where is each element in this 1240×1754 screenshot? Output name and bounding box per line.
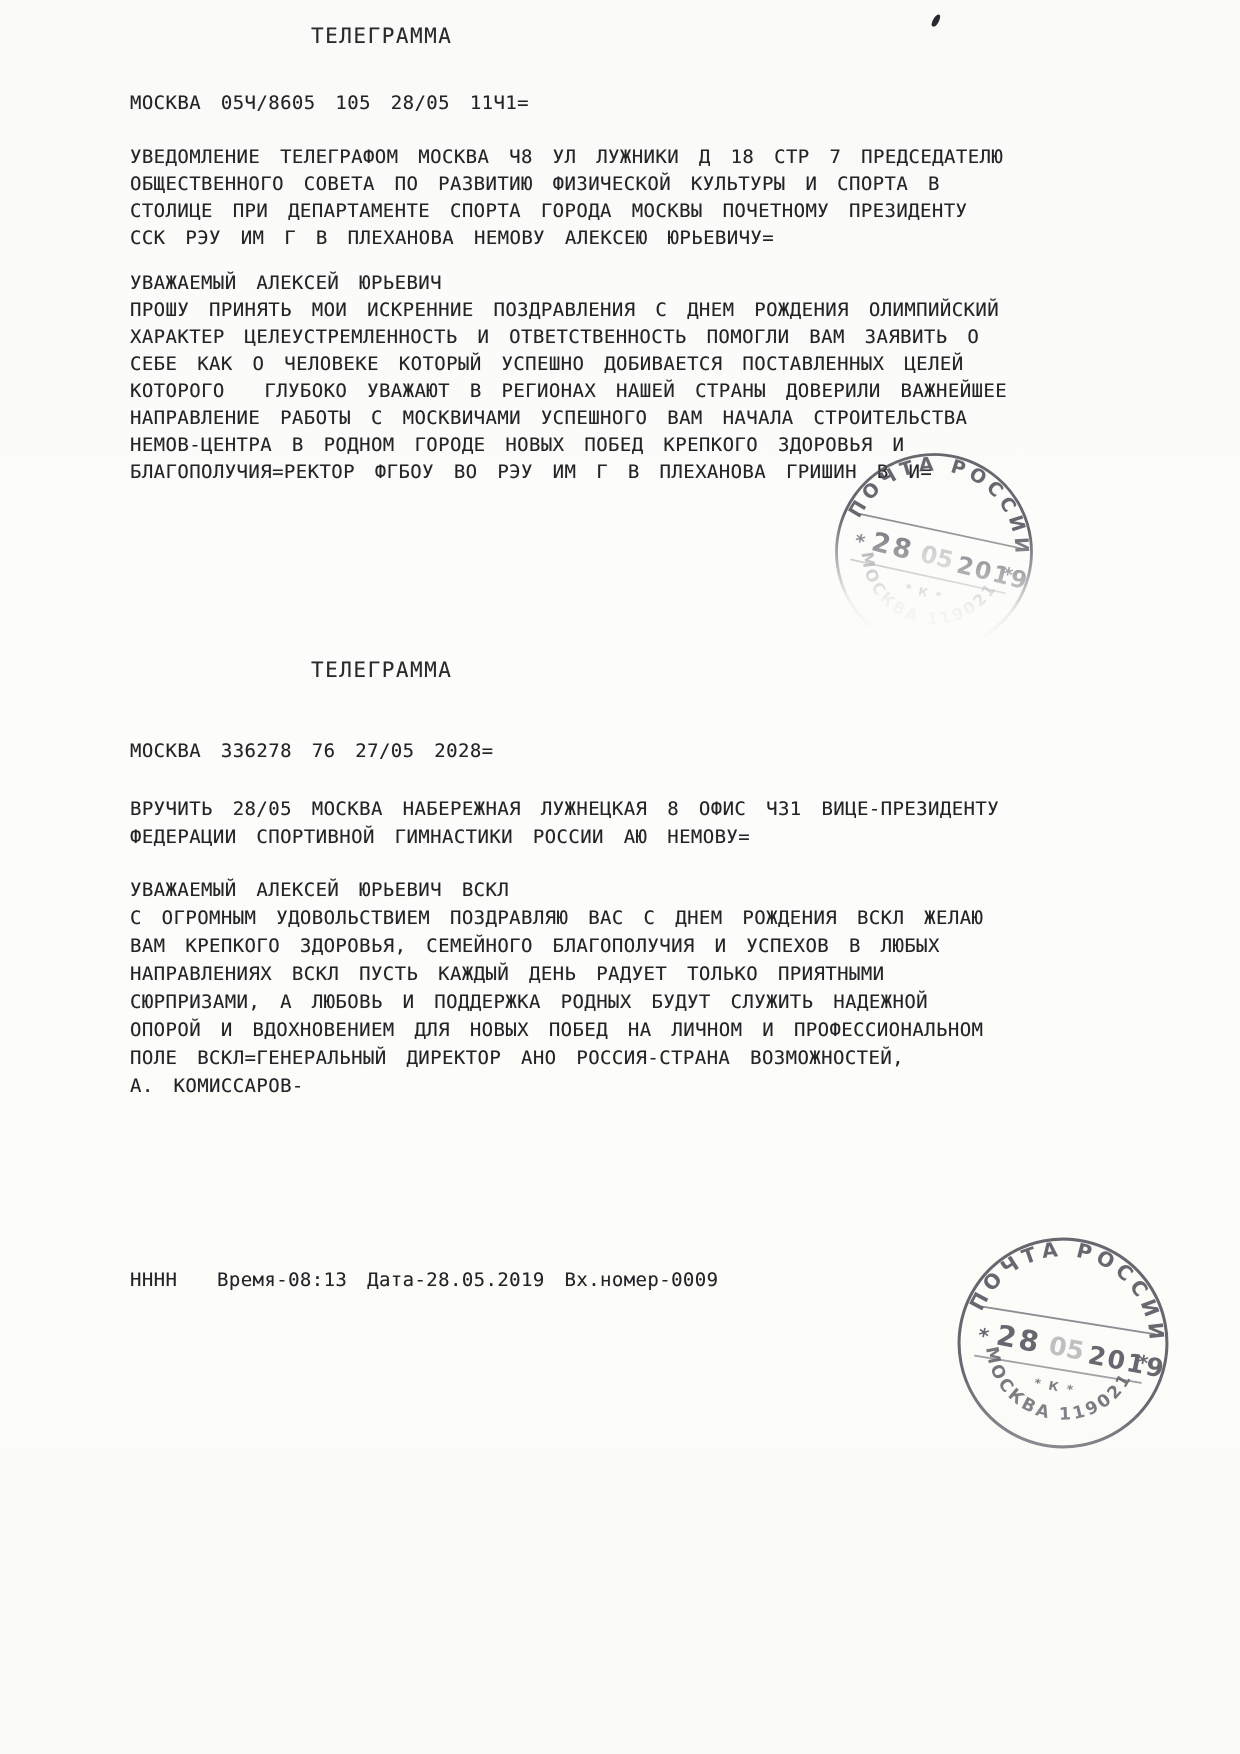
body-line: УВАЖАЕМЫЙ АЛЕКСЕЙ ЮРЬЕВИЧ ВСКЛ	[130, 876, 983, 904]
telegram2-address-block: ВРУЧИТЬ 28/05 МОСКВА НАБЕРЕЖНАЯ ЛУЖНЕЦКА…	[130, 795, 999, 851]
stamp-star-left: *	[852, 530, 867, 554]
telegram2-title: ТЕЛЕГРАММА	[311, 658, 452, 682]
body-line: ПРОШУ ПРИНЯТЬ МОИ ИСКРЕННИЕ ПОЗДРАВЛЕНИЯ…	[130, 297, 1007, 324]
telegram1-title: ТЕЛЕГРАММА	[311, 24, 452, 48]
telegram2-body-block: УВАЖАЕМЫЙ АЛЕКСЕЙ ЮРЬЕВИЧ ВСКЛ С ОГРОМНЫ…	[130, 876, 983, 1100]
body-line: А. КОМИССАРОВ-	[130, 1072, 983, 1100]
address-line: ФЕДЕРАЦИИ СПОРТИВНОЙ ГИМНАСТИКИ РОССИИ А…	[130, 823, 999, 851]
address-line: СТОЛИЦЕ ПРИ ДЕПАРТАМЕНТЕ СПОРТА ГОРОДА М…	[130, 198, 1003, 225]
body-line: УВАЖАЕМЫЙ АЛЕКСЕЙ ЮРЬЕВИЧ	[130, 270, 1007, 297]
body-line: ПОЛЕ ВСКЛ=ГЕНЕРАЛЬНЫЙ ДИРЕКТОР АНО РОССИ…	[130, 1044, 983, 1072]
body-line: ВАМ КРЕПКОГО ЗДОРОВЬЯ, СЕМЕЙНОГО БЛАГОПО…	[130, 932, 983, 960]
postmark-icon: ПОЧТА РОССИИ * 28 05 2019 * * К * МОСКВА…	[931, 1211, 1196, 1476]
telegram1-address-block: УВЕДОМЛЕНИЕ ТЕЛЕГРАФОМ МОСКВА Ч8 УЛ ЛУЖН…	[130, 144, 1003, 252]
body-line: СЮРПРИЗАМИ, А ЛЮБОВЬ И ПОДДЕРЖКА РОДНЫХ …	[130, 988, 983, 1016]
telegram2-service-line: МОСКВА 336278 76 27/05 2028=	[130, 737, 494, 765]
stamp-date-month: 05	[918, 540, 957, 575]
stamp-center-row: * К *	[1033, 1376, 1076, 1398]
body-line: КОТОРОГО ГЛУБОКО УВАЖАЮТ В РЕГИОНАХ НАШЕ…	[130, 378, 1007, 405]
svg-text:ПОЧТА РОССИИ: ПОЧТА РОССИИ	[963, 1219, 1186, 1350]
body-line: ХАРАКТЕР ЦЕЛЕУСТРЕМЛЕННОСТЬ И ОТВЕТСТВЕН…	[130, 324, 1007, 351]
body-line: ОПОРОЙ И ВДОХНОВЕНИЕМ ДЛЯ НОВЫХ ПОБЕД НА…	[130, 1016, 983, 1044]
ink-speck-icon	[930, 14, 942, 27]
stamp-arc-top-text: ПОЧТА РОССИИ	[963, 1219, 1186, 1350]
body-line: НАПРАВЛЕНИЯХ ВСКЛ ПУСТЬ КАЖДЫЙ ДЕНЬ РАДУ…	[130, 960, 983, 988]
address-line: ССК РЭУ ИМ Г В ПЛЕХАНОВА НЕМОВУ АЛЕКСЕЮ …	[130, 225, 1003, 252]
scanned-telegram-page: ТЕЛЕГРАММА МОСКВА 05Ч/8605 105 28/05 11Ч…	[0, 0, 1240, 1754]
stamp-center-row: * К *	[904, 581, 945, 604]
address-line: УВЕДОМЛЕНИЕ ТЕЛЕГРАФОМ МОСКВА Ч8 УЛ ЛУЖН…	[130, 144, 1003, 171]
body-line: С ОГРОМНЫМ УДОВОЛЬСТВИЕМ ПОЗДРАВЛЯЮ ВАС …	[130, 904, 983, 932]
address-line: ОБЩЕСТВЕННОГО СОВЕТА ПО РАЗВИТИЮ ФИЗИЧЕС…	[130, 171, 1003, 198]
telegram1-service-line: МОСКВА 05Ч/8605 105 28/05 11Ч1=	[130, 90, 529, 117]
stamp-star-left: *	[976, 1323, 991, 1349]
postmark-stamp-2: ПОЧТА РОССИИ * 28 05 2019 * * К * МОСКВА…	[931, 1211, 1196, 1476]
telegram2-footer-line: НННН Время-08:13 Дата-28.05.2019 Вх.номе…	[130, 1266, 718, 1294]
stamp-date-month: 05	[1046, 1331, 1086, 1366]
address-line: ВРУЧИТЬ 28/05 МОСКВА НАБЕРЕЖНАЯ ЛУЖНЕЦКА…	[130, 795, 999, 823]
body-line: СЕБЕ КАК О ЧЕЛОВЕКЕ КОТОРЫЙ УСПЕШНО ДОБИ…	[130, 351, 1007, 378]
